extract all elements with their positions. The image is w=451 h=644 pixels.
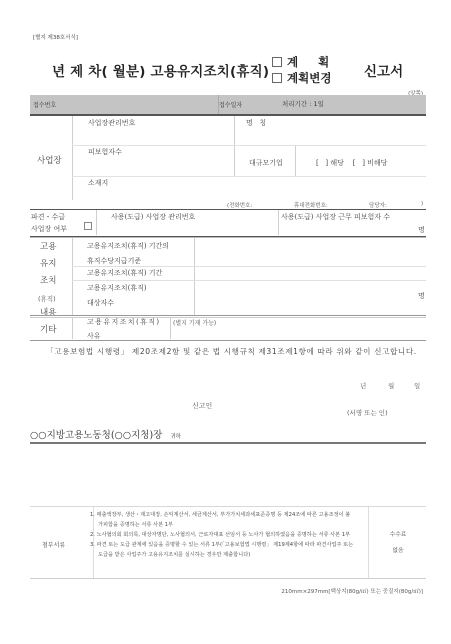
option-plan[interactable]: 계 획 [272, 54, 331, 70]
address-label: 소재지 [88, 178, 108, 188]
divider [72, 176, 426, 177]
attachments-label: 첨부서류 [42, 540, 65, 549]
divider [72, 238, 73, 315]
divider [72, 280, 426, 281]
header-divider [218, 95, 219, 114]
divider [194, 238, 195, 315]
divider [278, 210, 279, 235]
dispatch-checkbox[interactable] [84, 222, 92, 230]
other-section-label: 기타 [40, 323, 56, 335]
receipt-header: 접수번호 접수일자 처리기간 : 1일 [30, 95, 426, 116]
target-count-label-2: 대상자수 [87, 298, 114, 308]
form-number: [별지 제38호서식] [33, 33, 78, 41]
attachment-item: 1. 매출액장부, 생산・재고대장, 손익계산서, 세금계산서, 부가가치세과세… [90, 510, 355, 530]
recipient-suffix: 귀하 [170, 434, 181, 440]
measure-label-3: 조치 [40, 274, 56, 286]
dispatch-unit: 명 [418, 225, 425, 235]
option-plan-change[interactable]: 계획변경 [272, 70, 331, 86]
insured-count-label: 피보험자수 [88, 147, 122, 157]
reason-label-1: 고용유지조치(휴직) [87, 317, 161, 327]
divider [234, 116, 235, 176]
dispatch-label-1: 파견・수급 [31, 212, 65, 222]
measure-label-2: 유지 [40, 257, 56, 269]
management-number-label: 사업장관리번호 [88, 118, 135, 128]
receipt-number-label: 접수번호 [33, 100, 56, 109]
title-suffix: 신고서 [364, 60, 403, 80]
reason-field[interactable] [173, 326, 425, 338]
workplace-section-label: 사업장 [37, 154, 62, 166]
divider [30, 340, 426, 341]
recipient: ○○지방고용노동청(○○지청)장귀하 [30, 427, 181, 441]
divider [30, 209, 426, 210]
divider [72, 145, 426, 146]
option-plan-label: 계 획 [287, 54, 329, 70]
name-field[interactable] [240, 128, 426, 140]
measure-period-label: 고용유지조치(휴직) 기간 [87, 268, 162, 278]
title-options: 계 획 계획변경 [272, 54, 331, 86]
divider [72, 318, 73, 339]
processing-period: 처리기간 : 1일 [282, 99, 324, 108]
date-year: 년 [360, 381, 366, 390]
name-label: 명 칭 [246, 118, 266, 128]
divider [30, 315, 426, 316]
divider [170, 318, 171, 339]
target-count-unit: 명 [418, 291, 425, 301]
divider [295, 146, 296, 176]
date-day: 일 [414, 381, 420, 390]
recipient-name: ○○지방고용노동청(○○지청)장 [30, 430, 162, 441]
attachment-item: 3. 파견 또는 도급 관계에 있음을 증명할 수 있는 서류 1부(「고용보험… [90, 540, 355, 560]
date-month: 월 [388, 381, 394, 390]
divider [30, 442, 426, 444]
signer-label: 신고인 [192, 401, 212, 411]
large-company-label: 대규모기업 [249, 158, 283, 168]
checkbox-plan[interactable] [272, 57, 282, 67]
receipt-date-label: 접수일자 [219, 100, 242, 109]
divider [30, 237, 426, 238]
allowance-standard-label-2: 휴직수당지급기준 [87, 256, 141, 266]
allowance-standard-field[interactable] [196, 240, 424, 264]
dispatch-mgmt-number-label: 사용(도급) 사업장 관리번호 [111, 212, 195, 222]
attachment-item: 2. 노사협의회 회의록, 대상자명단, 노사협의서, 근로자대표 선임서 등 … [90, 530, 355, 540]
declaration-text: 「고용보험법 시행령」 제20조제2항 및 같은 법 시행규칙 제31조제1항에… [46, 344, 426, 359]
contact-label: 담당자: [369, 201, 387, 209]
measure-label-4: (휴직) [38, 294, 56, 303]
paper-spec: 210mm×297mm[백상지(80g/㎡) 또는 중질지(80g/㎡)] [281, 587, 423, 595]
large-company-options[interactable]: [ ] 해당 [ ] 비해당 [316, 158, 387, 168]
measure-label-1: 고용 [40, 240, 56, 252]
close-paren: ) [421, 201, 423, 207]
divider [368, 507, 369, 578]
target-count-label-1: 고용유지조치(휴직) [87, 283, 147, 293]
divider [72, 116, 73, 200]
dispatch-label-2: 사업장 여부 [31, 224, 67, 234]
phone-label: (전화번호: [227, 201, 252, 209]
measure-period-field[interactable] [196, 267, 424, 279]
fee-value: 없음 [370, 543, 426, 559]
fee-label: 수수료 [370, 527, 426, 543]
fee-cell: 수수료 없음 [370, 527, 426, 559]
mobile-label: 휴대전화번호: [294, 201, 328, 209]
sign-note: (서명 또는 인) [347, 408, 388, 417]
title-prefix: 년 제 차( 월분) 고용유지조치(휴직) [52, 60, 269, 80]
checkbox-plan-change[interactable] [272, 73, 282, 83]
attachments-table: 첨부서류 1. 매출액장부, 생산・재고대장, 손익계산서, 세금계산서, 부가… [30, 506, 426, 579]
dispatch-insured-count-label: 사용(도급) 사업장 근무 피보험자 수 [281, 212, 390, 222]
form-title: 년 제 차( 월분) 고용유지조치(휴직) 계 획 계획변경 신고서 [0, 52, 451, 88]
divider [96, 210, 97, 235]
allowance-standard-label-1: 고용유지조치(휴직) 기간의 [87, 241, 169, 251]
attachments-list: 1. 매출액장부, 생산・재고대장, 손익계산서, 세금계산서, 부가가치세과세… [90, 510, 355, 560]
option-plan-change-label: 계획변경 [287, 70, 331, 86]
